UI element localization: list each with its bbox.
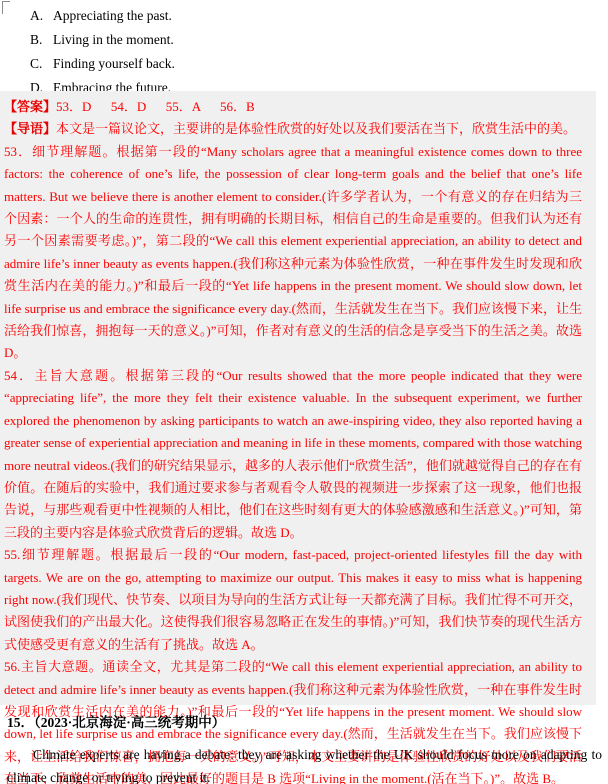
option-a-text: Appreciating the past.	[53, 8, 172, 23]
lead-line: 【导语】本文是一篇议论文，主要讲的是体验性欣赏的好处以及我们要活在当下，欣赏生活…	[4, 118, 582, 140]
next-question-section: 15．（2023·北京海淀·高三统考期中） Climate experts ar…	[7, 713, 602, 784]
option-c: C.Finding yourself back.	[30, 52, 598, 76]
option-b-text: Living in the moment.	[53, 32, 174, 47]
passage-paragraph: Climate experts are having a debate: the…	[7, 743, 602, 784]
lead-label: 【导语】	[4, 121, 56, 136]
option-b-letter: B.	[30, 28, 53, 52]
explanation-q54: 54．主旨大意题。根据第三段的“Our results showed that …	[4, 365, 582, 544]
question-number-heading: 15．（2023·北京海淀·高三统考期中）	[7, 713, 602, 733]
text-boundary-corner-icon	[2, 1, 10, 14]
answer-explanation-block: 【答案】53．D 54．D 55．A 56．B 【导语】本文是一篇议论文，主要讲…	[0, 91, 596, 705]
option-b: B.Living in the moment.	[30, 28, 598, 52]
answer-line: 【答案】53．D 54．D 55．A 56．B	[4, 96, 582, 118]
explanation-q55: 55.细节理解题。根据最后一段的“Our modern, fast-paced,…	[4, 544, 582, 656]
answer-values: 53．D 54．D 55．A 56．B	[56, 99, 255, 114]
answer-options-list: A.Appreciating the past. B.Living in the…	[30, 4, 598, 100]
option-c-letter: C.	[30, 52, 53, 76]
lead-text: 本文是一篇议论文，主要讲的是体验性欣赏的好处以及我们要活在当下，欣赏生活中的美。	[56, 121, 576, 136]
option-c-text: Finding yourself back.	[53, 56, 175, 71]
option-a-letter: A.	[30, 4, 53, 28]
option-a: A.Appreciating the past.	[30, 4, 598, 28]
answer-label: 【答案】	[4, 99, 56, 114]
explanation-q53: 53．细节理解题。根据第一段的“Many scholars agree that…	[4, 141, 582, 365]
